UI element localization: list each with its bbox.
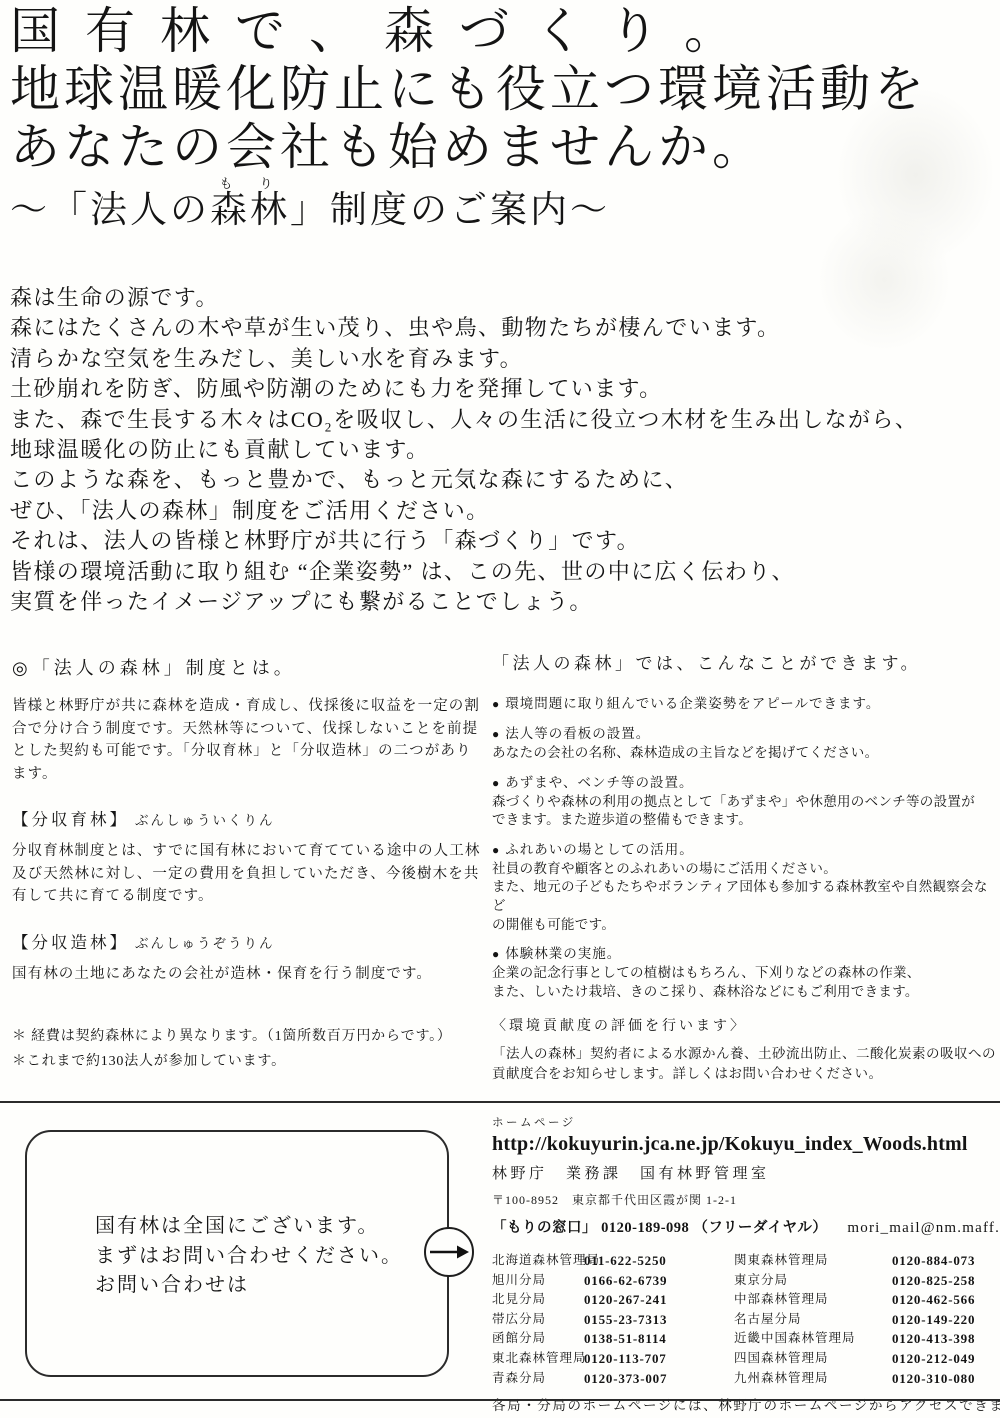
feature-title: ●法人等の看板の設置。: [492, 724, 998, 744]
office-phone: 0166-62-6739: [584, 1271, 734, 1291]
bullet-icon: ●: [492, 947, 500, 961]
office-name: 四国森林管理局: [734, 1349, 892, 1369]
office-phone: 0120-212-049: [892, 1349, 998, 1369]
feature-item: ●あずまや、ベンチ等の設置。 森づくりや森林の利用の拠点として「あずまや」や休憩…: [492, 773, 998, 830]
subtitle-prefix: ～「法人の: [10, 190, 210, 231]
office-name: 関東森林管理局: [734, 1251, 892, 1271]
office-phone: 0120-373-007: [584, 1369, 734, 1389]
arrow-right-icon: [424, 1227, 474, 1277]
section-kana: ぶんしゅうぞうりん: [135, 936, 275, 951]
office-phone: 0120-825-258: [892, 1271, 998, 1291]
left-column-intro: 皆様と林野庁が共に森林を造成・育成し、伐採後に収益を一定の割合で分け合う制度です…: [12, 695, 482, 785]
feature-body: 社員の教育や顧客とのふれあいの場にご活用ください。 また、地元の子どもたちやボラ…: [492, 860, 998, 934]
office-phone: 0120-267-241: [584, 1290, 734, 1310]
evaluation-heading: 〈環境貢献度の評価を行います〉: [492, 1017, 998, 1037]
office-row: 旭川分局 0166-62-6739 東京分局 0120-825-258: [492, 1271, 998, 1291]
feature-body: 森づくりや森林の利用の拠点として「あずまや」や休憩用のベンチ等の設置が できます…: [492, 793, 998, 830]
office-name: 九州森林管理局: [734, 1369, 892, 1389]
agency-name: 林野庁 業務課 国有林野管理室: [492, 1164, 998, 1184]
subtitle-suffix: 」制度のご案内～: [290, 190, 610, 231]
contact-callout-text: 国有林は全国にございます。 まずはお問い合わせください。 お問い合わせは: [95, 1212, 403, 1301]
section-body-bunshu-zorin: 国有林の土地にあなたの会社が造林・保育を行う制度です。: [12, 963, 482, 986]
office-row: 函館分局 0138-51-8114 近畿中国森林管理局 0120-413-398: [492, 1329, 998, 1349]
feature-title-text: 体験林業の実施。: [505, 946, 621, 961]
footnotes: ＊ 経費は契約森林により異なります。（1箇所数百万円からです。） ＊これまで約1…: [12, 1025, 482, 1074]
homepage-label: ホームページ: [492, 1116, 998, 1130]
footer-contact-details: ホームページ http://kokuyurin.jca.ne.jp/Kokuyu…: [492, 1116, 998, 1415]
feature-item: ●環境問題に取り組んでいる企業姿勢をアピールできます。: [492, 694, 998, 714]
office-name: 函館分局: [492, 1329, 584, 1349]
left-column-heading: ◎「法人の森林」制度とは。: [12, 655, 482, 681]
footer-bottom-divider: [0, 1399, 1000, 1401]
office-row: 青森分局 0120-373-007 九州森林管理局 0120-310-080: [492, 1369, 998, 1389]
intro-paragraph: 森は生命の源です。 森にはたくさんの木や草が生い茂り、虫や鳥、動物たちが棲んでい…: [10, 283, 918, 617]
intro-line: 森にはたくさんの木や草が生い茂り、虫や鳥、動物たちが棲んでいます。: [10, 313, 918, 343]
right-column-features: 「法人の森林」では、こんなことができます。 ●環境問題に取り組んでいる企業姿勢を…: [492, 652, 998, 1083]
callout-line: まずはお問い合わせください。: [95, 1242, 403, 1272]
section-body-bunshu-ikurin: 分収育林制度とは、すでに国有林において育てている途中の人工林及び天然林に対し、一…: [12, 840, 482, 908]
section-kana: ぶんしゅういくりん: [135, 813, 275, 828]
intro-line: それは、法人の皆様と林野庁が共に行う「森づくり」です。: [10, 526, 918, 556]
arrow-right-glyph: [428, 1244, 470, 1260]
office-phone: 0120-113-707: [584, 1349, 734, 1369]
section-title-bunshu-zorin: 【分収造林】ぶんしゅうぞうりん: [12, 932, 482, 955]
right-column-heading: 「法人の森林」では、こんなことができます。: [492, 652, 998, 676]
office-name: 名古屋分局: [734, 1310, 892, 1330]
subtitle-ruby: 森林もり: [210, 190, 290, 231]
office-phone: 0155-23-7313: [584, 1310, 734, 1330]
subtitle-ruby-base: 森林: [210, 190, 290, 231]
office-name: 東北森林管理局: [492, 1349, 584, 1369]
intro-line: 清らかな空気を生みだし、美しい水を育みます。: [10, 344, 918, 374]
intro-line: ぜひ、「法人の森林」制度をご活用ください。: [10, 496, 918, 526]
headline-line-3: あなたの会社も始めませんか。: [10, 118, 928, 176]
office-phone: 0120-149-220: [892, 1310, 998, 1330]
office-name: 旭川分局: [492, 1271, 584, 1291]
hotline-number: 「もりの窓口」 0120-189-098 （フリーダイヤル）: [492, 1216, 827, 1237]
footer-top-divider: [0, 1101, 1000, 1103]
section-title-bunshu-ikurin: 【分収育林】ぶんしゅういくりん: [12, 809, 482, 832]
callout-line: 国有林は全国にございます。: [95, 1212, 403, 1242]
office-name: 北見分局: [492, 1290, 584, 1310]
subtitle: ～「法人の森林もり」制度のご案内～: [10, 176, 610, 235]
office-name: 近畿中国森林管理局: [734, 1329, 892, 1349]
feature-title-text: 法人等の看板の設置。: [505, 726, 650, 741]
office-row: 北海道森林管理局 011-622-5250 関東森林管理局 0120-884-0…: [492, 1251, 998, 1271]
office-row: 北見分局 0120-267-241 中部森林管理局 0120-462-566: [492, 1290, 998, 1310]
feature-title: ●体験林業の実施。: [492, 944, 998, 964]
intro-line: また、森で生長する木々はCO₂を吸収し、人々の生活に役立つ木材を生み出しながら、: [10, 405, 918, 435]
intro-line: 森は生命の源です。: [10, 283, 918, 313]
office-name: 青森分局: [492, 1369, 584, 1389]
bullet-icon: ●: [492, 843, 500, 857]
headline: 国有林で、森づくり。 地球温暖化防止にも役立つ環境活動を あなたの会社も始めませ…: [10, 2, 928, 176]
office-row: 帯広分局 0155-23-7313 名古屋分局 0120-149-220: [492, 1310, 998, 1330]
headline-line-2: 地球温暖化防止にも役立つ環境活動を: [10, 60, 928, 118]
evaluation-body: 「法人の森林」契約者による水源かん養、土砂流出防止、二酸化炭素の吸収への貢献度合…: [492, 1044, 998, 1083]
homepage-url: http://kokuyurin.jca.ne.jp/Kokuyu_index_…: [492, 1132, 998, 1156]
office-name: 中部森林管理局: [734, 1290, 892, 1310]
office-name: 東京分局: [734, 1271, 892, 1291]
callout-line: お問い合わせは: [95, 1271, 403, 1301]
section-title-text: 【分収造林】: [12, 933, 129, 952]
footnote-cost: ＊ 経費は契約森林により異なります。（1箇所数百万円からです。）: [12, 1025, 482, 1050]
feature-title: ●あずまや、ベンチ等の設置。: [492, 773, 998, 793]
office-phone: 0120-310-080: [892, 1369, 998, 1389]
office-name: 北海道森林管理局: [492, 1251, 584, 1271]
intro-line: 土砂崩れを防ぎ、防風や防潮のためにも力を発揮しています。: [10, 374, 918, 404]
office-name: 帯広分局: [492, 1310, 584, 1330]
headline-line-1: 国有林で、森づくり。: [10, 2, 928, 60]
feature-title-text: ふれあいの場としての活用。: [505, 842, 694, 857]
feature-item: ●体験林業の実施。 企業の記念行事としての植樹はもちろん、下刈りなどの森林の作業…: [492, 944, 998, 1001]
bullet-icon: ●: [492, 697, 500, 711]
office-phone: 011-622-5250: [584, 1251, 734, 1271]
office-phone: 0138-51-8114: [584, 1329, 734, 1349]
feature-title-text: あずまや、ベンチ等の設置。: [505, 775, 693, 790]
intro-line: 地球温暖化の防止にも貢献しています。: [10, 435, 918, 465]
feature-item: ●ふれあいの場としての活用。 社員の教育や顧客とのふれあいの場にご活用ください。…: [492, 840, 998, 934]
feature-title: ●ふれあいの場としての活用。: [492, 840, 998, 860]
feature-title-text: 環境問題に取り組んでいる企業姿勢をアピールできます。: [505, 696, 880, 711]
office-phone: 0120-462-566: [892, 1290, 998, 1310]
intro-line: このような森を、もっと豊かで、もっと元気な森にするために、: [10, 465, 918, 495]
section-title-text: 【分収育林】: [12, 810, 129, 829]
evaluation-section: 〈環境貢献度の評価を行います〉 「法人の森林」契約者による水源かん養、土砂流出防…: [492, 1017, 998, 1083]
hotline-row: 「もりの窓口」 0120-189-098 （フリーダイヤル） mori_mail…: [492, 1216, 998, 1237]
office-phone: 0120-884-073: [892, 1251, 998, 1271]
contact-email: mori_mail@nm.maff.go.jp: [847, 1220, 1000, 1237]
office-phone-table: 北海道森林管理局 011-622-5250 関東森林管理局 0120-884-0…: [492, 1251, 998, 1388]
intro-line: 実質を伴ったイメージアップにも繋がることでしょう。: [10, 587, 918, 617]
intro-line: 皆様の環境活動に取り組む “企業姿勢” は、この先、世の中に広く伝わり、: [10, 557, 918, 587]
bullet-icon: ●: [492, 727, 500, 741]
feature-item: ●法人等の看板の設置。 あなたの会社の名称、森林造成の主旨などを掲げてください。: [492, 724, 998, 763]
feature-body: 企業の記念行事としての植樹はもちろん、下刈りなどの森林の作業、 また、しいたけ栽…: [492, 964, 998, 1001]
footnote-participants: ＊これまで約130法人が参加しています。: [12, 1050, 482, 1075]
feature-title: ●環境問題に取り組んでいる企業姿勢をアピールできます。: [492, 694, 998, 714]
subtitle-ruby-furigana: もり: [210, 176, 290, 191]
office-phone: 0120-413-398: [892, 1329, 998, 1349]
left-column-system-overview: ◎「法人の森林」制度とは。 皆様と林野庁が共に森林を造成・育成し、伐採後に収益を…: [12, 655, 482, 1074]
bullet-icon: ●: [492, 776, 500, 790]
office-row: 東北森林管理局 0120-113-707 四国森林管理局 0120-212-04…: [492, 1349, 998, 1369]
feature-body: あなたの会社の名称、森林造成の主旨などを掲げてください。: [492, 744, 998, 763]
postal-address: 〒100-8952 東京都千代田区霞が関 1-2-1: [492, 1193, 998, 1208]
